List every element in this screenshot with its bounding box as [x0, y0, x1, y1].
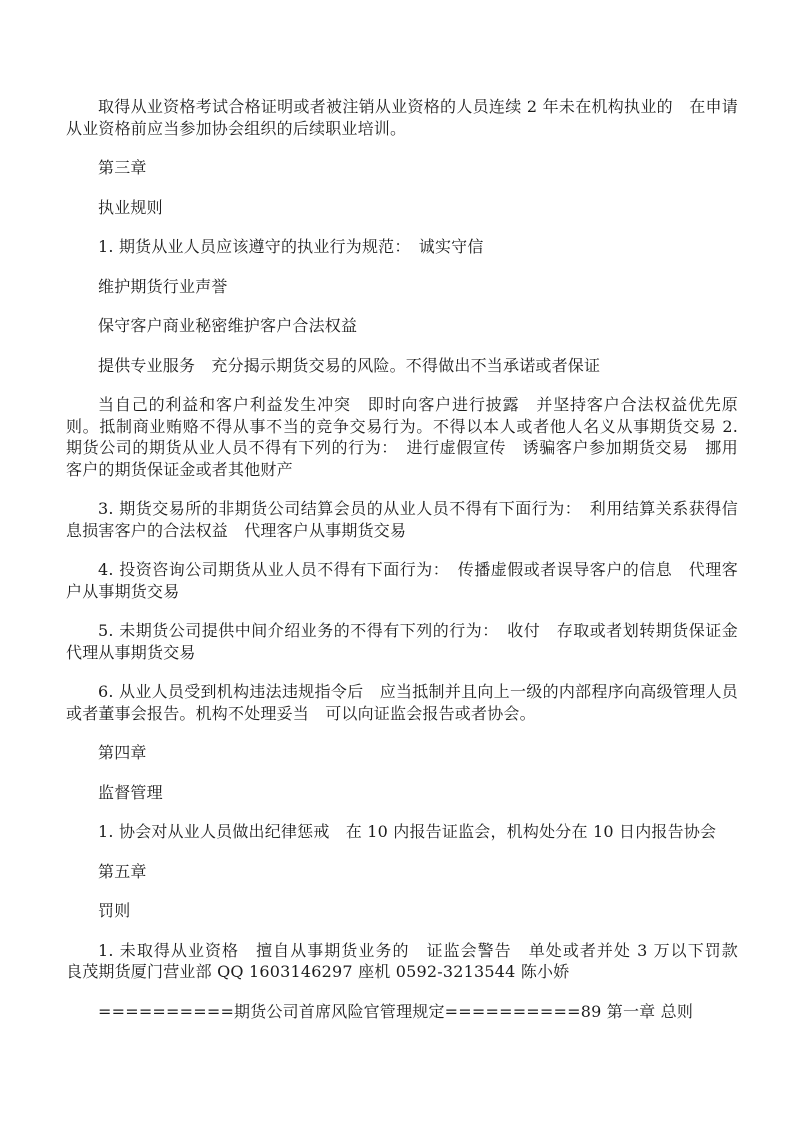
paragraph: 保守客户商业秘密维护客户合法权益	[66, 315, 738, 337]
paragraph: 维护期货行业声誉	[66, 276, 738, 298]
document-body: 取得从业资格考试合格证明或者被注销从业资格的人员连续 2 年未在机构执业的 在申…	[66, 96, 738, 1040]
paragraph: 监督管理	[66, 782, 738, 804]
paragraph: 当自己的利益和客户利益发生冲突 即时向客户进行披露 并坚持客户合法权益优先原则。…	[66, 394, 738, 480]
paragraph: 第四章	[66, 742, 738, 764]
paragraph: ==========期货公司首席风险官管理规定==========89 第一章 …	[66, 1001, 738, 1023]
paragraph: 1. 未取得从业资格 擅自从事期货业务的 证监会警告 单处或者并处 3 万以下罚…	[66, 940, 738, 983]
paragraph: 1. 期货从业人员应该遵守的执业行为规范： 诚实守信	[66, 236, 738, 258]
paragraph: 3. 期货交易所的非期货公司结算会员的从业人员不得有下面行为： 利用结算关系获得…	[66, 498, 738, 541]
paragraph: 取得从业资格考试合格证明或者被注销从业资格的人员连续 2 年未在机构执业的 在申…	[66, 96, 738, 139]
paragraph: 6. 从业人员受到机构违法违规指令后 应当抵制并且向上一级的内部程序向高级管理人…	[66, 681, 738, 724]
paragraph: 4. 投资咨询公司期货从业人员不得有下面行为： 传播虚假或者误导客户的信息 代理…	[66, 559, 738, 602]
paragraph: 提供专业服务 充分揭示期货交易的风险。不得做出不当承诺或者保证	[66, 355, 738, 377]
paragraph: 1. 协会对从业人员做出纪律惩戒 在 10 内报告证监会，机构处分在 10 日内…	[66, 821, 738, 843]
paragraph: 5. 未期货公司提供中间介绍业务的不得有下列的行为： 收付 存取或者划转期货保证…	[66, 620, 738, 663]
paragraph: 执业规则	[66, 197, 738, 219]
document-page: 取得从业资格考试合格证明或者被注销从业资格的人员连续 2 年未在机构执业的 在申…	[0, 0, 800, 1132]
paragraph-list: 取得从业资格考试合格证明或者被注销从业资格的人员连续 2 年未在机构执业的 在申…	[66, 96, 738, 1022]
paragraph: 罚则	[66, 900, 738, 922]
paragraph: 第三章	[66, 157, 738, 179]
paragraph: 第五章	[66, 861, 738, 883]
